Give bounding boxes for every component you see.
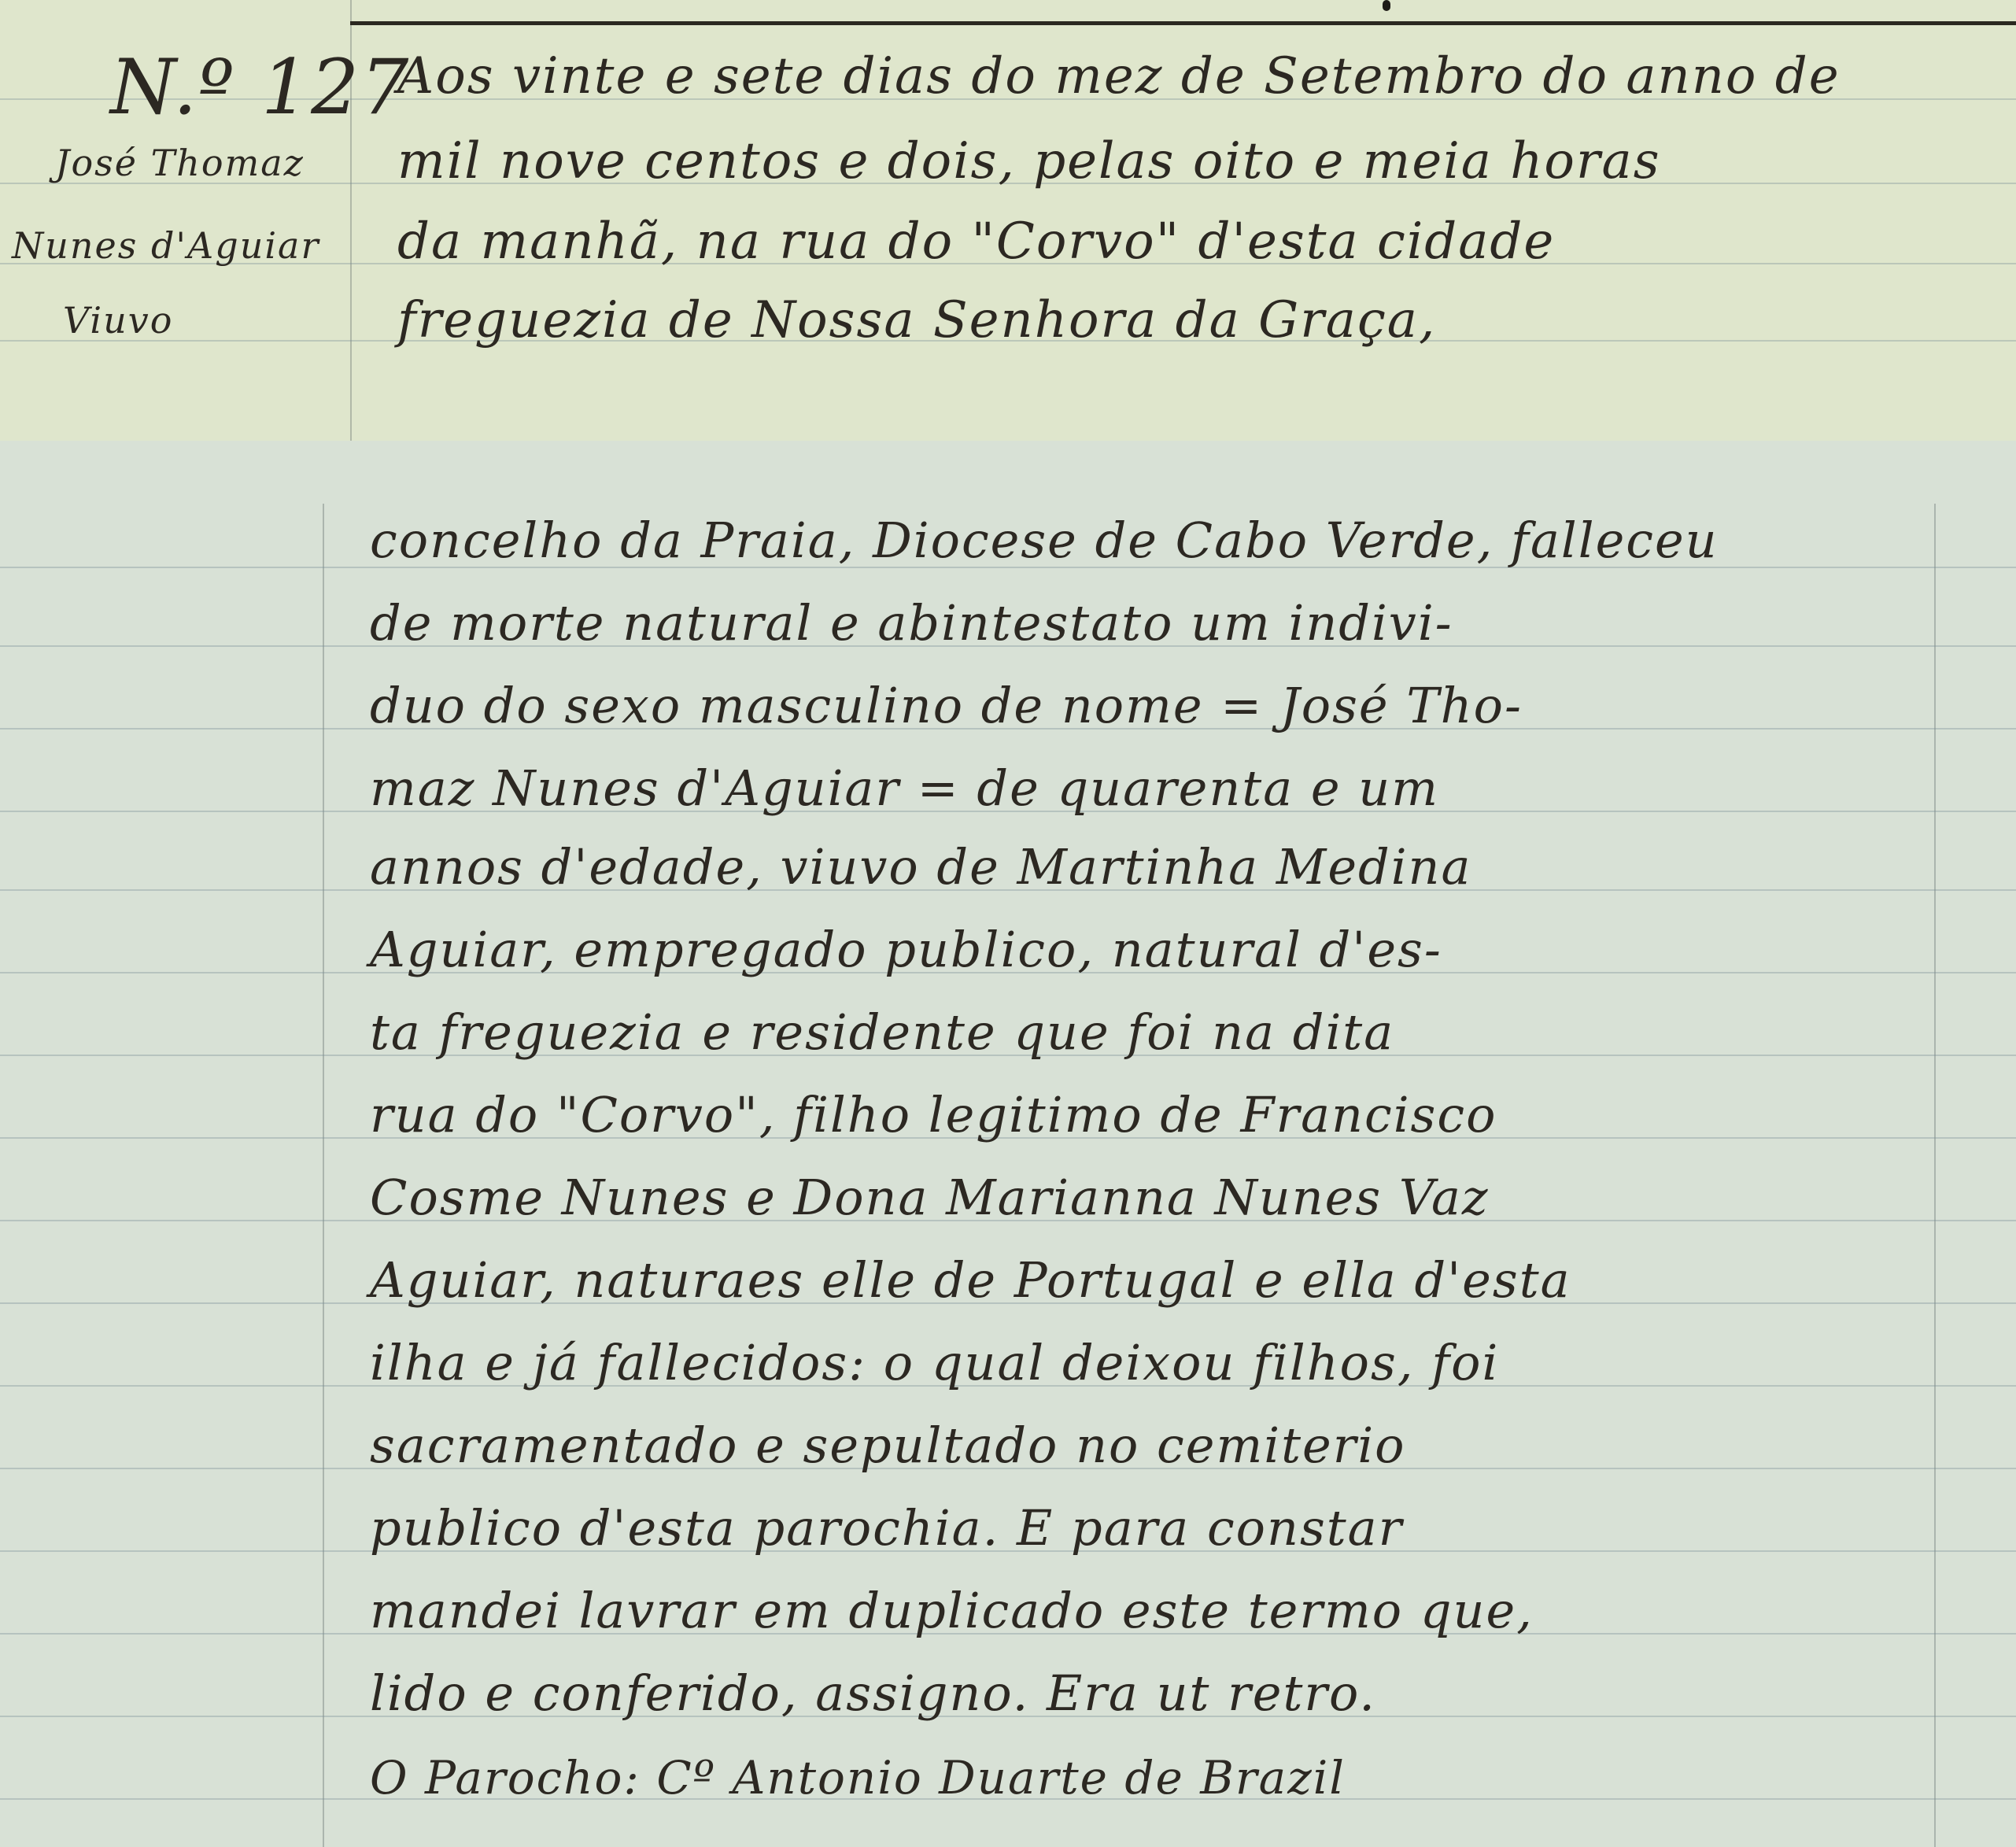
entry-line: Aguiar, naturaes elle de Portugal e ella…	[370, 1251, 1571, 1309]
entry-line: rua do "Corvo", filho legitimo de Franci…	[370, 1086, 1497, 1143]
parish-priest-signature: O Parocho: Cº Antonio Duarte de Brazil	[370, 1751, 1346, 1805]
top-strip: N.º 127 José Thomaz Nunes d'Aguiar Viuvo…	[0, 0, 2016, 441]
entry-line: freguezia de Nossa Senhora da Graça,	[397, 291, 1436, 349]
entry-line: annos d'edade, viuvo de Martinha Medina	[370, 838, 1471, 896]
ink-dot	[1383, 0, 1390, 11]
margin-status: Viuvo	[63, 299, 173, 342]
entry-line: Aos vinte e sete dias do mez de Setembro…	[397, 47, 1841, 105]
header-rule	[350, 21, 2016, 25]
entry-line: Cosme Nunes e Dona Marianna Nunes Vaz	[370, 1169, 1490, 1226]
entry-line: maz Nunes d'Aguiar = de quarenta e um	[370, 759, 1439, 817]
entry-line: da manhã, na rua do "Corvo" d'esta cidad…	[397, 212, 1555, 271]
entry-line: lido e conferido, assigno. Era ut retro.	[370, 1664, 1376, 1722]
margin-name-line-1: José Thomaz	[55, 142, 305, 184]
right-margin-line	[1934, 504, 1936, 1847]
entry-line: mandei lavrar em duplicado este termo qu…	[370, 1582, 1534, 1639]
entry-line: Aguiar, empregado publico, natural d'es-	[370, 921, 1442, 978]
record-number: N.º 127	[110, 43, 410, 131]
entry-line: concelho da Praia, Diocese de Cabo Verde…	[370, 512, 1719, 569]
entry-line: ilha e já fallecidos: o qual deixou filh…	[370, 1334, 1499, 1391]
margin-name-line-2: Nunes d'Aguiar	[12, 224, 319, 267]
left-margin-line	[323, 504, 324, 1847]
entry-line: publico d'esta parochia. E para constar	[370, 1499, 1403, 1557]
entry-line: sacramentado e sepultado no cemiterio	[370, 1417, 1405, 1474]
bottom-page: concelho da Praia, Diocese de Cabo Verde…	[0, 441, 2016, 1847]
entry-line: duo do sexo masculino de nome = José Tho…	[370, 677, 1523, 734]
entry-line: de morte natural e abintestato um indivi…	[370, 594, 1453, 652]
entry-line: ta freguezia e residente que foi na dita	[370, 1003, 1394, 1061]
entry-line: mil nove centos e dois, pelas oito e mei…	[397, 132, 1661, 190]
